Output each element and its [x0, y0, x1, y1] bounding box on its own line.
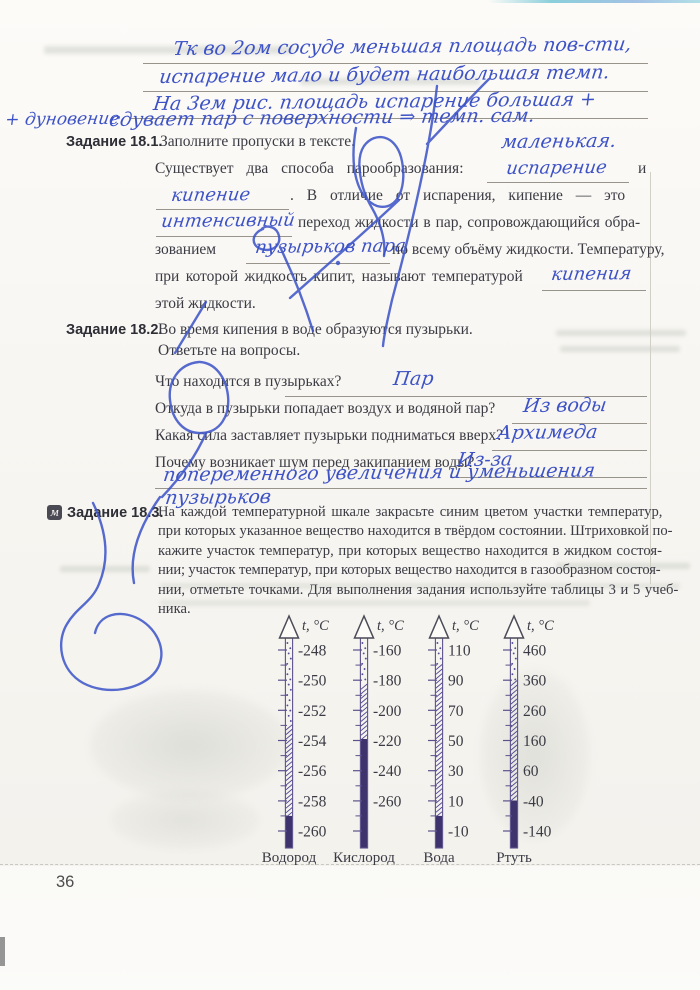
tick-label: 360 — [523, 673, 547, 690]
tick-label: 30 — [448, 763, 464, 780]
tick-label: -250 — [298, 673, 327, 690]
tick-label: -240 — [373, 763, 402, 780]
tick-label: 10 — [448, 793, 464, 810]
question-1: Что находится в пузырьках? — [155, 373, 341, 391]
tick-label: 60 — [523, 763, 539, 780]
tick-label: 90 — [448, 673, 464, 690]
question-2: Откуда в пузырьки попадает воздух и водя… — [155, 400, 495, 418]
tick-label: -160 — [373, 643, 402, 660]
task-18-3-text-line: при которых указанное вещество находится… — [158, 523, 673, 540]
unit-label: t, °C — [302, 618, 329, 634]
task-18-1-text: по всему объёму жидкости. Температуру, — [392, 241, 664, 259]
handwritten-answer-bubbles: пузырьков пара — [254, 235, 407, 258]
handwritten-note-tail: маленькая. — [500, 130, 618, 153]
substance-label: Кислород — [333, 850, 395, 866]
tick-label: -200 — [373, 703, 402, 720]
tick-label: -260 — [298, 824, 327, 841]
task-18-3-text-line: нии, отметьте точками. Для выполнения за… — [158, 582, 678, 599]
task-18-1-text: при которой жидкость кипит, называют тем… — [155, 268, 523, 286]
tick-label: -40 — [523, 793, 544, 810]
tick-label: -220 — [373, 733, 402, 750]
task-18-2-intro2: Ответьте на вопросы. — [158, 342, 300, 360]
marked-task-icon: м — [47, 505, 62, 520]
tick-label: -140 — [523, 824, 552, 841]
tick-label: -260 — [373, 793, 402, 810]
tick-label: 160 — [523, 733, 547, 750]
tick-label: 110 — [448, 643, 471, 660]
handwritten-note-line4: сдувает пар с поверхности ⇒ темп. сам. — [108, 105, 536, 131]
arrow-up-icon — [430, 616, 449, 638]
below-page-area — [0, 866, 700, 990]
handwritten-answer-alternating: попеременного увеличения и уменьшения — [162, 459, 596, 486]
handwritten-answer-boiling-point: кипения — [550, 263, 633, 285]
answer-blank — [246, 263, 390, 264]
task-18-1-text: зованием — [155, 241, 216, 259]
bleed-through-text — [160, 600, 590, 606]
task-18-3-text-line: нии; участок температур, при которых вещ… — [158, 562, 660, 579]
page-number: 36 — [56, 873, 74, 892]
task-18-1-text: и — [638, 160, 646, 178]
task-18-3-text-line: На каждой температурной шкале закрасьте … — [158, 504, 662, 521]
scan-edge-strip — [488, 0, 700, 3]
arrow-up-icon — [355, 616, 374, 638]
answer-blank — [492, 450, 647, 451]
task-18-1-text: этой жидкости. — [155, 295, 256, 313]
tick-label: -248 — [298, 643, 327, 660]
arrow-up-icon — [505, 616, 524, 638]
unit-label: t, °C — [527, 618, 554, 634]
tick-label: 50 — [448, 733, 464, 750]
bleed-through-image — [110, 790, 260, 850]
handwritten-note-line2: испарение мало и будет наибольшая темп. — [158, 61, 611, 88]
tick-label: -256 — [298, 763, 327, 780]
handwritten-answer-archimedes: Архимеда — [496, 421, 599, 444]
tick-label: -254 — [298, 733, 327, 750]
task-18-2-label: Задание 18.2. — [66, 322, 162, 338]
pen-stroke — [280, 247, 313, 331]
thermometer-Кислород: t, °C-160-180-200-220-240-260Кислород — [333, 616, 404, 866]
answer-blank — [487, 182, 629, 183]
substance-label: Ртуть — [496, 850, 532, 866]
task-18-3-text-line: ника. — [158, 601, 191, 618]
thermometer-Ртуть: t, °C46036026016060-40-140Ртуть — [496, 616, 554, 866]
task-18-1-label: Задание 18.1. — [66, 134, 162, 150]
handwritten-answer-boiling: кипение — [170, 184, 252, 206]
task-18-1-text: переход жидкости в пар, сопровождающийся… — [298, 214, 640, 232]
tick-label: 70 — [448, 703, 464, 720]
unit-label: t, °C — [452, 618, 479, 634]
handwritten-answer-evaporation: испарение — [505, 157, 608, 179]
tick-label: -10 — [448, 824, 469, 841]
tick-label: -258 — [298, 793, 327, 810]
pen-flourish — [61, 503, 161, 690]
bleed-through-text — [560, 346, 680, 352]
task-18-3-text-line: кажите участок температур, при которых в… — [158, 543, 662, 560]
thermometer-Вода: t, °C1109070503010-10Вода — [423, 616, 479, 866]
substance-label: Водород — [262, 850, 317, 866]
workbook-page: Тк во 2ом сосуде меньшая площадь пов-сти… — [0, 0, 700, 990]
task-18-2-intro1: Во время кипения в воде образуются пузыр… — [158, 321, 473, 339]
handwritten-answer-steam: Пар — [392, 368, 435, 390]
tick-label: -252 — [298, 703, 326, 720]
thermometer-Водород: t, °C-248-250-252-254-256-258-260Водород — [262, 616, 329, 866]
tick-label: -180 — [373, 673, 402, 690]
task-18-1-text: . В отличие от испарения, кипение — это — [290, 187, 625, 205]
handwritten-note-line1: Тк во 2ом сосуде меньшая площадь пов-сти… — [172, 33, 633, 60]
thermometers-svg: t, °C-248-250-252-254-256-258-260Водород… — [250, 612, 590, 872]
bleed-through-text — [556, 330, 686, 336]
tick-label: 260 — [523, 703, 547, 720]
handwritten-answer-from-water: Из воды — [522, 394, 608, 417]
page-edge-line — [650, 172, 651, 584]
answer-blank — [542, 290, 646, 291]
unit-label: t, °C — [377, 618, 404, 634]
tick-label: 460 — [523, 643, 547, 660]
handwritten-margin-note: + дуновение — [4, 109, 121, 130]
task-18-1-text: Существует два способа парообразования: — [155, 160, 464, 178]
substance-label: Вода — [423, 850, 455, 866]
question-3: Какая сила заставляет пузырьки поднимать… — [155, 427, 503, 445]
bleed-through-text — [60, 566, 150, 572]
task-18-3-label: Задание 18.3. — [67, 505, 163, 521]
arrow-up-icon — [280, 616, 299, 638]
task-18-1-intro: Заполните пропуски в тексте. — [160, 133, 355, 151]
handwritten-answer-intensive: интенсивный — [160, 210, 296, 232]
